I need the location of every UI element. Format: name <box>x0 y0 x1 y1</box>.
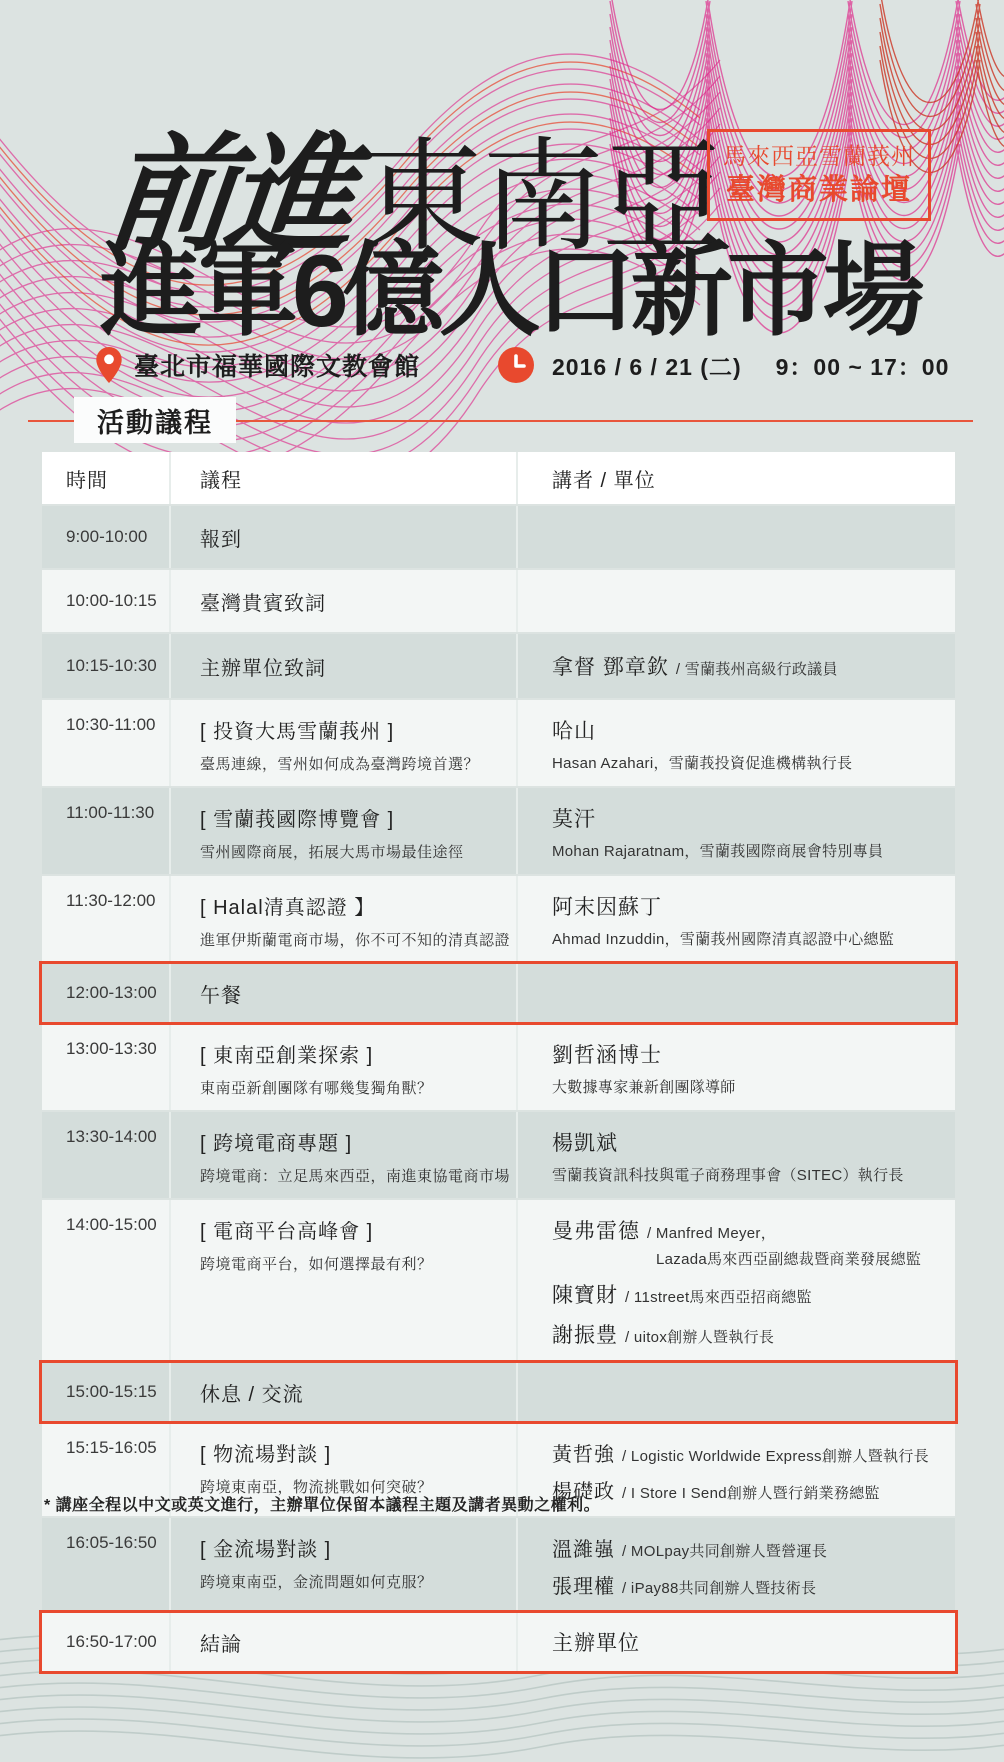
event-date: 2016 / 6 / 21 (二) <box>552 349 742 382</box>
title-line2: 進軍6億人口新市場 <box>100 210 919 356</box>
speaker-name: 拿督 鄧章欽 <box>552 651 669 681</box>
row-topic-subtitle: 雪州國際商展，拓展大馬市場最佳途徑 <box>200 841 516 862</box>
event-time: 9：00 ~ 17：00 <box>776 349 950 382</box>
row-time: 11:30-12:00 <box>66 891 169 911</box>
section-title: 活動議程 <box>97 401 213 440</box>
speaker-desc: Lazada馬來西亞副總裁暨商業發展總監 <box>656 1248 949 1269</box>
row-time: 14:00-15:00 <box>66 1215 169 1235</box>
row-topic: 結論 <box>200 1628 516 1657</box>
table-row: 11:00-11:30 [ 雪蘭莪國際博覽會 ] 雪州國際商展，拓展大馬市場最佳… <box>42 788 955 874</box>
table-header: 時間 議程 講者 / 單位 <box>42 452 955 504</box>
badge-forum: 臺灣商業論壇 <box>710 172 928 209</box>
table-row: 10:15-10:30 主辦單位致詞 拿督 鄧章欽 / 雪蘭莪州高級行政議員 <box>42 634 955 698</box>
speaker-desc: 大數據專家兼新創團隊導師 <box>552 1076 949 1097</box>
speaker-name: 黃哲強 <box>552 1438 615 1467</box>
row-topic: [ 金流場對談 ] <box>200 1533 516 1562</box>
speaker-role: / 雪蘭莪州高級行政議員 <box>676 658 838 679</box>
row-topic: [ 雪蘭莪國際博覽會 ] <box>200 803 516 832</box>
row-topic-subtitle: 進軍伊斯蘭電商市場，你不可不知的清真認證 <box>200 929 516 950</box>
speaker-name: 劉哲涵博士 <box>552 1039 662 1069</box>
row-time: 12:00-13:00 <box>66 983 169 1003</box>
location-pin-icon <box>96 347 122 383</box>
speaker-name: 曼弗雷德 <box>552 1215 640 1245</box>
forum-badge: 馬來西亞雪蘭莪州 臺灣商業論壇 <box>707 129 931 221</box>
speaker-name: 溫濰嵹 <box>552 1533 615 1562</box>
speaker-role: / iPay88共同創辦人暨技術長 <box>622 1577 816 1598</box>
row-topic: [ Halal清真認證 】 <box>200 891 516 920</box>
table-row: 11:30-12:00 [ Halal清真認證 】 進軍伊斯蘭電商市場，你不可不… <box>42 876 955 962</box>
speaker-name: 楊凱斌 <box>552 1127 618 1157</box>
row-time: 16:05-16:50 <box>66 1533 169 1553</box>
speaker-name: 阿末因蘇丁 <box>552 891 662 921</box>
row-topic-subtitle: 跨境電商：立足馬來西亞，南進東協電商市場 <box>200 1165 516 1186</box>
table-row-break: 15:00-15:15 休息 / 交流 <box>42 1363 955 1421</box>
speaker-role: / I Store I Send創辦人暨行銷業務總監 <box>622 1482 880 1503</box>
row-topic-subtitle: 臺馬連線，雪州如何成為臺灣跨境首選？ <box>200 753 516 774</box>
row-topic: 臺灣貴賓致詞 <box>200 587 516 616</box>
speaker-desc: Hasan Azahari，雪蘭莪投資促進機構執行長 <box>552 752 949 773</box>
speaker-role: / Manfred Meyer， <box>647 1222 776 1243</box>
table-row: 16:05-16:50 [ 金流場對談 ] 跨境東南亞，金流問題如何克服？ 溫濰… <box>42 1518 955 1611</box>
speaker-role: / Logistic Worldwide Express創辦人暨執行長 <box>622 1445 929 1466</box>
speaker-name: 張理權 <box>552 1570 615 1599</box>
row-time: 11:00-11:30 <box>66 803 169 823</box>
row-topic: [ 東南亞創業探索 ] <box>200 1039 516 1068</box>
row-topic-subtitle: 跨境東南亞，金流問題如何克服？ <box>200 1571 516 1592</box>
row-topic: 報到 <box>200 523 516 552</box>
row-time: 13:30-14:00 <box>66 1127 169 1147</box>
speaker-name: 謝振豊 <box>552 1319 618 1349</box>
row-topic: 主辦單位致詞 <box>200 652 516 681</box>
speaker-desc: 雪蘭莪資訊科技與電子商務理事會（SITEC）執行長 <box>552 1164 949 1185</box>
column-header-speaker: 講者 / 單位 <box>552 464 949 493</box>
column-header-time: 時間 <box>66 464 169 493</box>
speaker-desc: Mohan Rajaratnam，雪蘭莪國際商展會特別專員 <box>552 840 949 861</box>
row-topic: 休息 / 交流 <box>200 1378 516 1407</box>
row-topic-subtitle: 跨境電商平台，如何選擇最有利？ <box>200 1253 516 1274</box>
row-time: 16:50-17:00 <box>66 1632 169 1652</box>
row-topic-subtitle: 東南亞新創團隊有哪幾隻獨角獸？ <box>200 1077 516 1098</box>
speaker-role: / uitox創辦人暨執行長 <box>625 1326 774 1347</box>
speaker-name: 主辦單位 <box>552 1627 640 1657</box>
table-row: 14:00-15:00 [ 電商平台高峰會 ] 跨境電商平台，如何選擇最有利？ … <box>42 1200 955 1361</box>
row-topic: [ 電商平台高峰會 ] <box>200 1215 516 1244</box>
event-info-row: 臺北市福華國際文教會館 2016 / 6 / 21 (二) 9：00 ~ 17：… <box>96 347 949 383</box>
row-time: 10:15-10:30 <box>66 656 169 676</box>
table-row: 9:00-10:00 報到 <box>42 506 955 568</box>
clock-icon <box>498 347 534 383</box>
speaker-role: / 11street馬來西亞招商總監 <box>625 1286 812 1307</box>
table-row: 13:00-13:30 [ 東南亞創業探索 ] 東南亞新創團隊有哪幾隻獨角獸？ … <box>42 1024 955 1110</box>
row-topic: [ 投資大馬雪蘭莪州 ] <box>200 715 516 744</box>
table-row-lunch: 12:00-13:00 午餐 <box>42 964 955 1022</box>
speaker-name: 哈山 <box>552 715 596 745</box>
badge-region: 馬來西亞雪蘭莪州 <box>710 140 928 172</box>
row-time: 10:30-11:00 <box>66 715 169 735</box>
row-time: 13:00-13:30 <box>66 1039 169 1059</box>
speaker-role: / MOLpay共同創辦人暨營運長 <box>622 1540 827 1561</box>
agenda-table: 時間 議程 講者 / 單位 9:00-10:00 報到 10:00-10:15 … <box>42 452 955 1673</box>
speaker-name: 陳寶財 <box>552 1279 618 1309</box>
row-topic: [ 跨境電商專題 ] <box>200 1127 516 1156</box>
footnote: * 講座全程以中文或英文進行，主辦單位保留本議程主題及講者異動之權利。 <box>44 1492 600 1515</box>
table-row: 13:30-14:00 [ 跨境電商專題 ] 跨境電商：立足馬來西亞，南進東協電… <box>42 1112 955 1198</box>
row-topic: [ 物流場對談 ] <box>200 1438 516 1467</box>
venue-label: 臺北市福華國際文教會館 <box>134 347 420 383</box>
speaker-desc: Ahmad Inzuddin，雪蘭莪州國際清真認證中心總監 <box>552 928 949 949</box>
event-poster: 前進 東南亞 進軍6億人口新市場 馬來西亞雪蘭莪州 臺灣商業論壇 臺北市福華國際… <box>0 0 1004 1762</box>
column-header-agenda: 議程 <box>200 464 516 493</box>
table-row: 10:30-11:00 [ 投資大馬雪蘭莪州 ] 臺馬連線，雪州如何成為臺灣跨境… <box>42 700 955 786</box>
row-topic: 午餐 <box>200 979 516 1008</box>
row-time: 15:00-15:15 <box>66 1382 169 1402</box>
row-time: 15:15-16:05 <box>66 1438 169 1458</box>
row-time: 10:00-10:15 <box>66 591 169 611</box>
table-row-conclusion: 16:50-17:00 結論 主辦單位 <box>42 1613 955 1671</box>
speaker-name: 莫汗 <box>552 803 596 833</box>
row-time: 9:00-10:00 <box>66 527 169 547</box>
section-header: 活動議程 <box>74 397 236 443</box>
table-row: 10:00-10:15 臺灣貴賓致詞 <box>42 570 955 632</box>
